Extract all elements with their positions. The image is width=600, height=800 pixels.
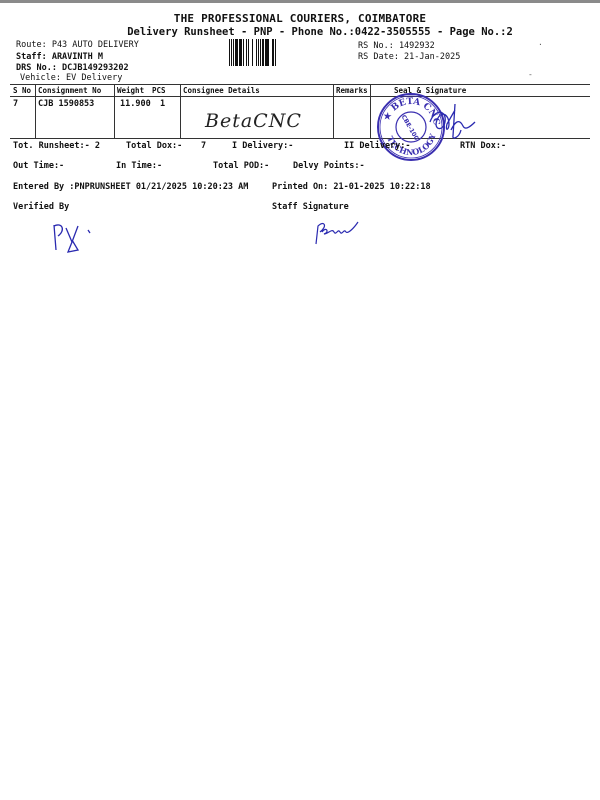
header-pcs: PCS	[152, 86, 166, 95]
rs-date: RS Date: 21-Jan-2025	[358, 52, 460, 62]
verified-by-label: Verified By	[13, 202, 69, 212]
header-consignee: Consignee Details	[183, 86, 260, 95]
table-bottom-border	[10, 138, 590, 139]
col-divider	[35, 84, 36, 138]
header-remarks: Remarks	[336, 86, 368, 95]
in-time: In Time:-	[116, 161, 162, 171]
ii-delivery: II Delivery:-	[344, 141, 411, 151]
cell-consignment-no: CJB 1590853	[38, 99, 94, 109]
col-divider	[114, 84, 115, 138]
printed-on: Printed On: 21-01-2025 10:22:18	[272, 182, 431, 192]
header-consignment: Consignment No	[38, 86, 101, 95]
route-label: Route: P43 AUTO DELIVERY	[16, 40, 139, 50]
cell-sno: 7	[13, 99, 18, 109]
handwritten-consignee: BetaCNC	[205, 110, 302, 132]
col-divider	[333, 84, 334, 138]
barcode	[229, 39, 296, 66]
header-weight: Weight	[117, 86, 144, 95]
staff-signature-icon	[310, 218, 370, 248]
total-dox-label: Total Dox:-	[126, 141, 182, 151]
vehicle-label: Vehicle: EV Delivery	[20, 73, 122, 83]
staff-signature-label: Staff Signature	[272, 202, 349, 212]
receiver-signature-icon	[425, 100, 495, 140]
rs-number: RS No.: 1492932	[358, 41, 435, 51]
verifier-signature-icon	[48, 220, 118, 255]
total-dox-value: 7	[201, 141, 206, 151]
header-sno: S No	[13, 86, 31, 95]
company-title: THE PROFESSIONAL COURIERS, COIMBATORE	[0, 12, 600, 25]
rtn-dox: RTN Dox:-	[460, 141, 506, 151]
delvy-points: Delvy Points:-	[293, 161, 365, 171]
stray-mark: -	[528, 70, 533, 79]
i-delivery: I Delivery:-	[232, 141, 293, 151]
col-divider	[180, 84, 181, 138]
cell-pcs: 1	[160, 99, 165, 109]
header-bottom-border	[10, 96, 590, 97]
entered-by: Entered By :PNPRUNSHEET 01/21/2025 10:20…	[13, 182, 248, 192]
svg-text:CBE-100: CBE-100	[400, 114, 420, 142]
table-top-border	[10, 84, 590, 85]
page-top-edge	[0, 0, 600, 3]
runsheet-subtitle: Delivery Runsheet - PNP - Phone No.:0422…	[0, 26, 600, 38]
cell-weight: 11.900	[120, 99, 151, 109]
col-divider	[370, 84, 371, 138]
out-time: Out Time:-	[13, 161, 64, 171]
staff-label: Staff: ARAVINTH M	[16, 52, 103, 62]
tot-runsheet: Tot. Runsheet:- 2	[13, 141, 100, 151]
stray-mark: ·	[538, 40, 543, 49]
drs-number: DRS No.: DCJB149293202	[16, 63, 129, 73]
total-pod: Total POD:-	[213, 161, 269, 171]
